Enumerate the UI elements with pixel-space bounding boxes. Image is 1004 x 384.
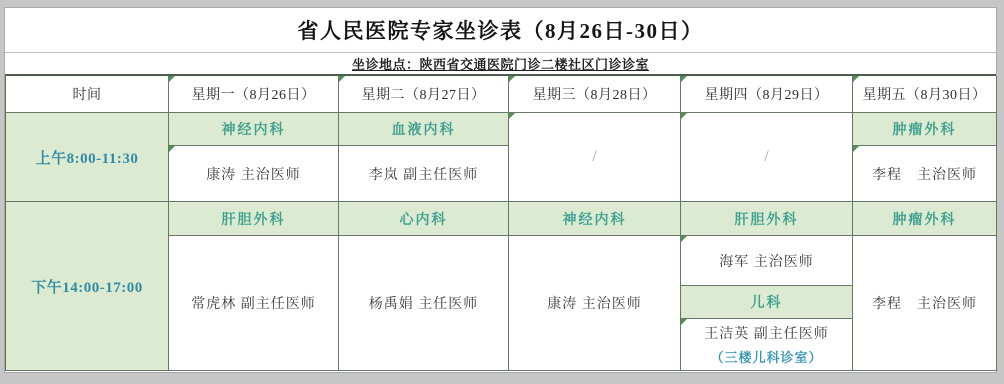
- cell-afternoon-tuesday-dept: 心内科: [339, 202, 509, 236]
- schedule-location-text: 坐诊地点：陕西省交通医院门诊二楼社区门诊诊室: [352, 54, 649, 73]
- schedule-table: 时间 星期一（8月26日） 星期二（8月27日） 星期三（8月28日） 星期四（…: [5, 74, 996, 371]
- schedule-location: 坐诊地点：陕西省交通医院门诊二楼社区门诊诊室: [5, 53, 996, 74]
- cell-morning-friday-dept: 肿瘤外科: [853, 113, 997, 146]
- schedule-panel: 省人民医院专家坐诊表（8月26日-30日） 坐诊地点：陕西省交通医院门诊二楼社区…: [4, 7, 997, 373]
- header-cell-monday: 星期一（8月26日）: [169, 76, 339, 113]
- afternoon-thursday-doctor2-name: 王洁英 副主任医师: [704, 323, 829, 343]
- header-cell-friday: 星期五（8月30日）: [853, 76, 997, 113]
- cell-afternoon-thursday-dept2: 儿科: [681, 286, 853, 319]
- header-cell-tuesday: 星期二（8月27日）: [339, 76, 509, 113]
- page-title: 省人民医院专家坐诊表（8月26日-30日）: [5, 8, 996, 53]
- header-cell-thursday: 星期四（8月29日）: [681, 76, 853, 113]
- cell-morning-friday-doctor: 李程 主治医师: [853, 146, 997, 202]
- cell-morning-tuesday-doctor: 李岚 副主任医师: [339, 146, 509, 202]
- afternoon-thursday-doctor2-room-note: （三楼儿科诊室）: [710, 347, 822, 366]
- cell-afternoon-thursday-doctor: 海军 主治医师: [681, 236, 853, 286]
- cell-afternoon-monday-dept: 肝胆外科: [169, 202, 339, 236]
- cell-afternoon-time: 下午14:00-17:00: [6, 202, 169, 371]
- cell-afternoon-thursday-doctor2: 王洁英 副主任医师 （三楼儿科诊室）: [681, 319, 853, 371]
- cell-morning-monday-dept: 神经内科: [169, 113, 339, 146]
- cell-afternoon-tuesday-doctor: 杨禹娟 主任医师: [339, 236, 509, 371]
- screenshot-root: { "title": "省人民医院专家坐诊表（8月26日-30日）", "sub…: [0, 0, 1004, 384]
- header-cell-wednesday: 星期三（8月28日）: [509, 76, 681, 113]
- cell-morning-thursday-empty: /: [681, 113, 853, 202]
- cell-afternoon-monday-doctor: 常虎林 副主任医师: [169, 236, 339, 371]
- cell-morning-wednesday-empty: /: [509, 113, 681, 202]
- cell-afternoon-friday-dept: 肿瘤外科: [853, 202, 997, 236]
- cell-morning-monday-doctor: 康涛 主治医师: [169, 146, 339, 202]
- cell-afternoon-wednesday-dept: 神经内科: [509, 202, 681, 236]
- cell-afternoon-wednesday-doctor: 康涛 主治医师: [509, 236, 681, 371]
- cell-afternoon-friday-doctor: 李程 主治医师: [853, 236, 997, 371]
- cell-afternoon-thursday-dept: 肝胆外科: [681, 202, 853, 236]
- cell-morning-time: 上午8:00-11:30: [6, 113, 169, 202]
- cell-morning-tuesday-dept: 血液内科: [339, 113, 509, 146]
- header-cell-time: 时间: [6, 76, 169, 113]
